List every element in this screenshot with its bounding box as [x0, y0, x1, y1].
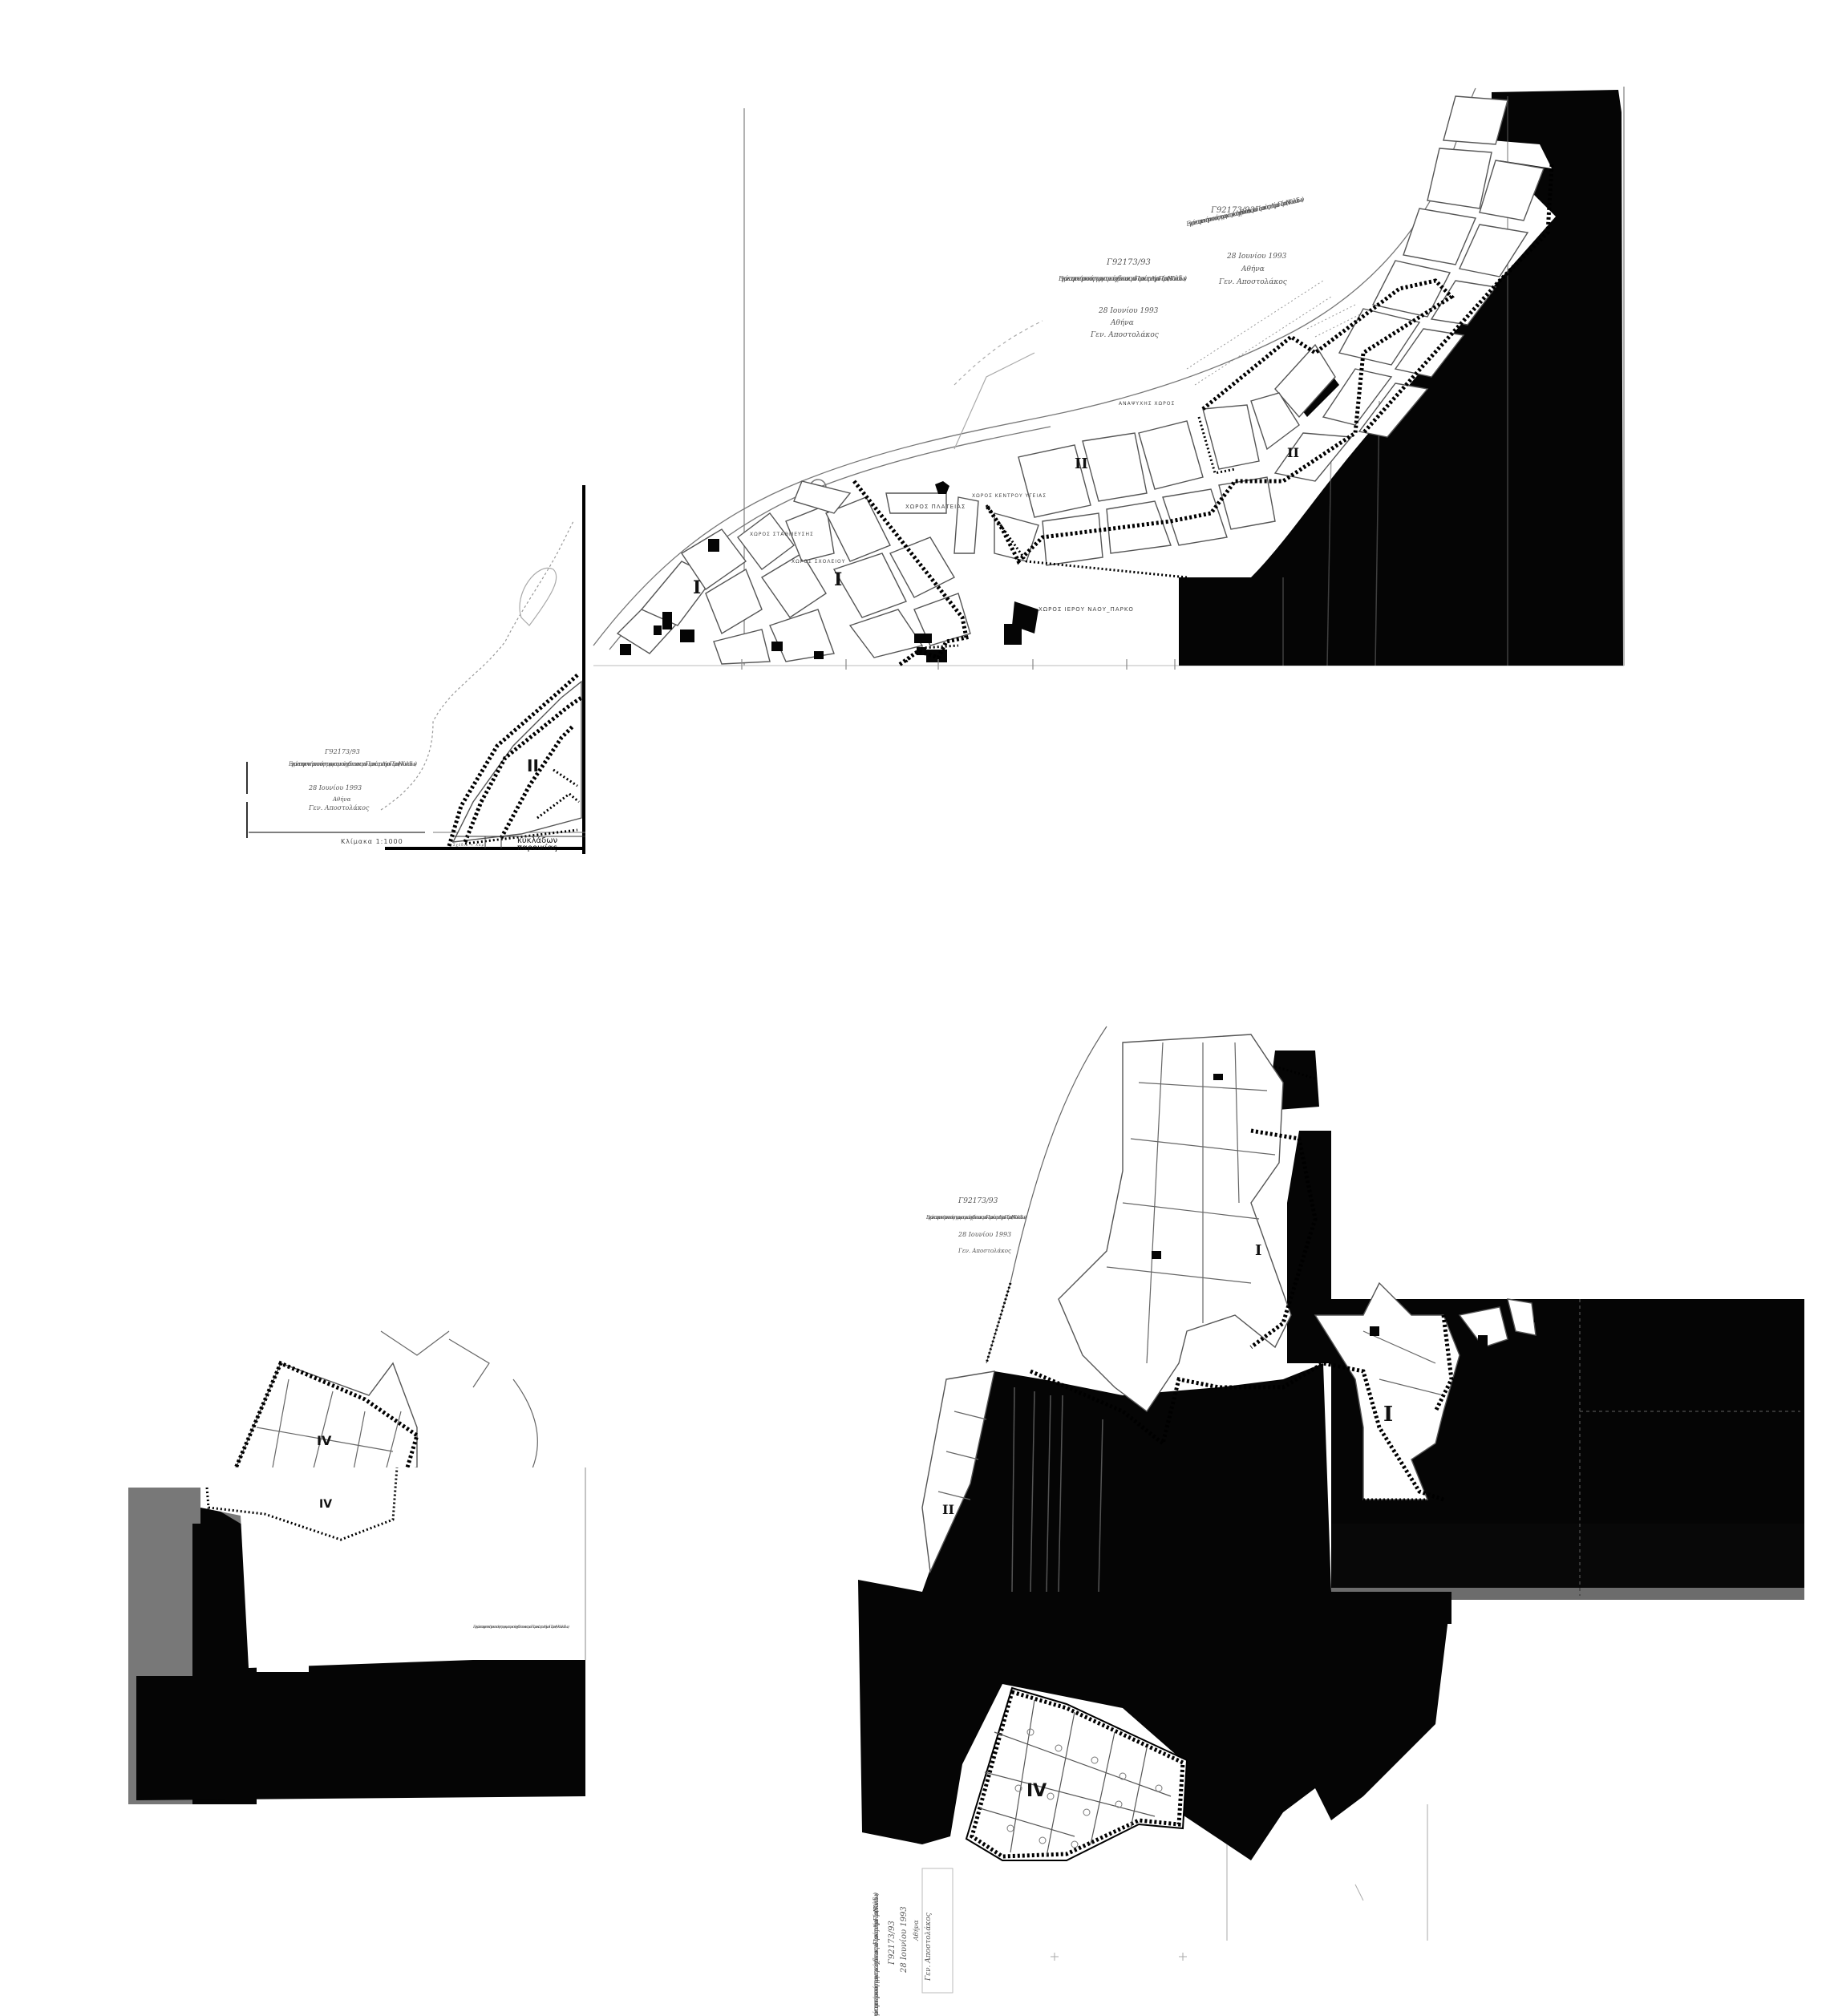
map-composite: I I II II ΧΩΡΟΣ ΠΛΑΤΕΙΑΣ ΧΩΡΟΣ ΚΕΝΤΡΟΥ Υ… [0, 0, 1826, 2016]
scale-label: Κλίμακα 1:1000 [341, 838, 403, 845]
zone-label: II [942, 1502, 954, 1517]
svg-text:Γ92173/93: Γ92173/93 [324, 748, 360, 755]
label-parking: ΧΩΡΟΣ ΣΤΑΘΜΕΥΣΗΣ [750, 532, 814, 537]
svg-text:Γεν. Αποστολάκος: Γεν. Αποστολάκος [1090, 330, 1160, 339]
svg-text:Γ92173/93: Γ92173/93 [1106, 258, 1151, 267]
svg-text:Γ92173/93: Γ92173/93 [958, 1197, 998, 1205]
svg-text:Γεν. Αποστολάκος: Γεν. Αποστολάκος [958, 1248, 1011, 1254]
town-title: παροικίας [517, 843, 557, 852]
svg-text:Αθήνα: Αθήνα [1110, 318, 1134, 327]
svg-text:Γεν. Αποστολάκος: Γεν. Αποστολάκος [308, 804, 370, 812]
svg-text:28 Ιουνίου 1993: 28 Ιουνίου 1993 [308, 784, 362, 791]
label-health-center: ΧΩΡΟΣ ΚΕΝΤΡΟΥ ΥΓΕΙΑΣ [972, 493, 1047, 499]
svg-text:Γεν. Αποστολάκος: Γεν. Αποστολάκος [924, 1912, 933, 1982]
approval-annotation-rotated: Γ92173/93 Εγκρίνεται η οριστική τροποποί… [873, 1893, 933, 2016]
approval-annotation: Γ92173/93 Εγκρίνεται η οριστική τροποποί… [925, 1197, 1027, 1254]
bottom-right-sheet: I I II Γ92173/93 Εγκρίνεται η οριστική τ… [858, 1026, 1804, 2016]
svg-text:28 Ιουνίου 1993: 28 Ιουνίου 1993 [1098, 306, 1159, 315]
zone-label: II [1075, 455, 1088, 472]
zone-label: I [1383, 1403, 1393, 1427]
top-map-sheet: I I II II ΧΩΡΟΣ ΠΛΑΤΕΙΑΣ ΧΩΡΟΣ ΚΕΝΤΡΟΥ Υ… [593, 87, 1624, 670]
svg-text:Σχέδιο + Χάρτ: Σχέδιο + Χάρτ [453, 843, 487, 847]
zone-label: IV [317, 1433, 332, 1448]
svg-text:Γεν. Αποστολάκος: Γεν. Αποστολάκος [1218, 277, 1288, 286]
zone-label: II [1287, 445, 1299, 460]
label-church-park: ΧΩΡΟΣ ΙΕΡΟΥ ΝΑΟΥ_ΠΑΡΚΟ [1039, 606, 1134, 613]
label-recreation: ΑΝΑΨΥΧΗΣ ΧΩΡΟΣ [1119, 401, 1175, 407]
svg-text:28 Ιουνίου 1993: 28 Ιουνίου 1993 [958, 1231, 1011, 1238]
svg-text:Εγκρίνεται η οριστική τροποποί: Εγκρίνεται η οριστική τροποποίηση του ρυ… [288, 760, 417, 767]
bottom-left-sheet: IV IV Εγκρίνεται η οριστική τροποποίηση … [128, 1331, 585, 1804]
svg-text:Εγκρίνεται η οριστική τροποποί: Εγκρίνεται η οριστική τροποποίηση του ρυ… [873, 1893, 880, 2016]
svg-text:Γ92173/93: Γ92173/93 [888, 1921, 897, 1965]
approval-annotation: Γ92173/93 Εγκρίνεται η οριστική τροποποί… [288, 748, 417, 812]
zone-label: II [527, 756, 539, 775]
svg-text:Αθήνα: Αθήνα [913, 1920, 920, 1941]
approval-annotation: Γ92173/93 Εγκρίνεται η οριστική τροποποί… [1058, 258, 1187, 339]
approval-annotation: Γ92173/93 Εγκρίνεται η οριστική τροποποί… [1185, 196, 1306, 286]
approval-annotation: Εγκρίνεται η οριστική τροποποίηση του ρυ… [472, 1624, 569, 1629]
zone-label: IV [319, 1498, 332, 1511]
zone-label: I [834, 569, 842, 590]
svg-text:Εγκρίνεται η οριστική τροποποί: Εγκρίνεται η οριστική τροποποίηση του ρυ… [1185, 196, 1306, 228]
svg-text:Εγκρίνεται η οριστική τροποποί: Εγκρίνεται η οριστική τροποποίηση του ρυ… [925, 1215, 1027, 1221]
label-school: ΧΩΡΟΣ ΣΧΟΛΕΙΟΥ [792, 559, 845, 565]
left-inset-sheet: II Γ92173/93 Εγκρίνεται η οριστική τροπο… [247, 485, 585, 854]
svg-text:28 Ιουνίου 1993: 28 Ιουνίου 1993 [900, 1906, 909, 1973]
svg-text:Αθήνα: Αθήνα [332, 796, 351, 803]
zone-label: I [693, 577, 701, 598]
zone-label: IV [1026, 1781, 1047, 1801]
svg-text:Εγκρίνεται η οριστική τροποποί: Εγκρίνεται η οριστική τροποποίηση του ρυ… [1058, 275, 1187, 282]
svg-text:28 Ιουνίου 1993: 28 Ιουνίου 1993 [1226, 252, 1287, 261]
label-square: ΧΩΡΟΣ ΠΛΑΤΕΙΑΣ [905, 504, 966, 510]
svg-text:Αθήνα: Αθήνα [1241, 265, 1265, 273]
zone-label: I [1255, 1242, 1261, 1259]
